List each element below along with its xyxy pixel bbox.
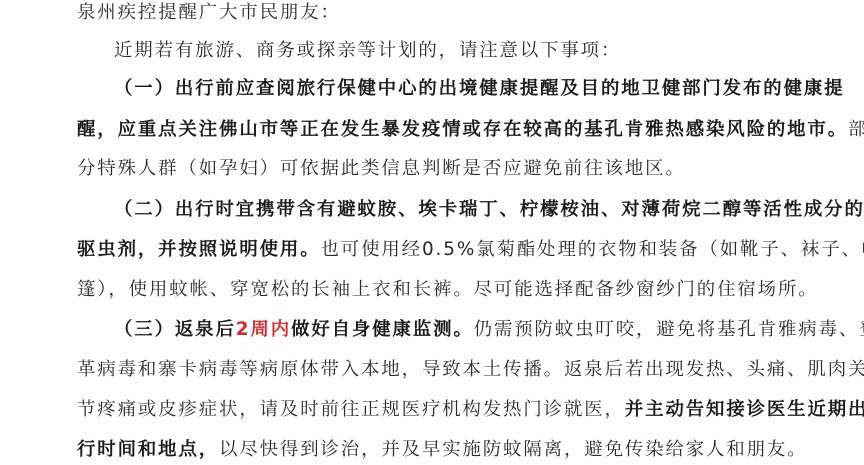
item3-line1: （三）返泉后2周内做好自身健康监测。仍需预防蚊虫叮咬，避免将基孔肯雅病毒、登 bbox=[114, 315, 864, 345]
item1-heading: （一）出行前应查阅旅行保健中心的出境健康提醒及目的地卫健部门发布的健康提 bbox=[114, 78, 844, 99]
item3-line2: 革病毒和寨卡病毒等病原体带入本地，导致本土传播。返泉后若出现发热、头痛、肌肉关 bbox=[77, 355, 837, 385]
item1-line3: 分特殊人群（如孕妇）可依据此类信息判断是否应避免前往该地区。 bbox=[77, 154, 837, 184]
item3-line4-normal: 以尽快得到诊治，并及早实施防蚊隔离，避免传染给家人和朋友。 bbox=[219, 439, 807, 460]
item1-bold-text: 醒，应重点关注佛山市等正在发生暴发疫情或存在较高的基孔肯雅热感染风险的地市。 bbox=[77, 119, 848, 140]
item3-heading-a: （三）返泉后 bbox=[114, 319, 236, 340]
notice-document: 泉州疾控提醒广大市民朋友： 近期若有旅游、商务或探亲等计划的，请注意以下事项： … bbox=[0, 0, 864, 465]
item3-line3-bold: 并主动告知接诊医生近期出 bbox=[625, 399, 864, 420]
greeting-text: 泉州疾控提醒广大市民朋友： bbox=[77, 2, 341, 23]
intro-text: 近期若有旅游、商务或探亲等计划的，请注意以下事项： bbox=[114, 40, 621, 61]
item3-line3: 节疼痛或皮疹症状，请及时前往正规医疗机构发热门诊就医，并主动告知接诊医生近期出 bbox=[77, 395, 837, 425]
item3-line4: 行时间和地点，以尽快得到诊治，并及早实施防蚊隔离，避免传染给家人和朋友。 bbox=[77, 435, 837, 465]
item1-tail-text: 分特殊人群（如孕妇）可依据此类信息判断是否应避免前往该地区。 bbox=[77, 158, 686, 179]
item1-normal-text: 部 bbox=[848, 119, 864, 140]
item2-bold-text: 驱虫剂，并按照说明使用。 bbox=[77, 239, 321, 260]
intro-line: 近期若有旅游、商务或探亲等计划的，请注意以下事项： bbox=[114, 36, 864, 66]
item1-line1: （一）出行前应查阅旅行保健中心的出境健康提醒及目的地卫健部门发布的健康提 bbox=[114, 74, 864, 104]
item3-line2-text: 革病毒和寨卡病毒等病原体带入本地，导致本土传播。返泉后若出现发热、头痛、肌肉关 bbox=[77, 359, 864, 380]
item3-line3-normal: 节疼痛或皮疹症状，请及时前往正规医疗机构发热门诊就医， bbox=[77, 399, 625, 420]
item3-highlight-red: 2周内 bbox=[236, 319, 291, 340]
item3-line4-bold: 行时间和地点， bbox=[77, 439, 219, 460]
item2-heading: （二）出行时宜携带含有避蚊胺、埃卡瑞丁、柠檬桉油、对薄荷烷二醇等活性成分的 bbox=[114, 199, 864, 220]
item2-tail-text: 篷），使用蚊帐、穿宽松的长袖上衣和长裤。尽可能选择配备纱窗纱门的住宿场所。 bbox=[77, 279, 819, 300]
item2-line3: 篷），使用蚊帐、穿宽松的长袖上衣和长裤。尽可能选择配备纱窗纱门的住宿场所。 bbox=[77, 275, 837, 305]
item3-heading-b: 做好自身健康监测。 bbox=[291, 319, 474, 340]
item1-line2: 醒，应重点关注佛山市等正在发生暴发疫情或存在较高的基孔肯雅热感染风险的地市。部 bbox=[77, 115, 837, 145]
item2-line2: 驱虫剂，并按照说明使用。也可使用经0.5%氯菊酯处理的衣物和装备（如靴子、袜子、… bbox=[77, 235, 837, 265]
item2-line1: （二）出行时宜携带含有避蚊胺、埃卡瑞丁、柠檬桉油、对薄荷烷二醇等活性成分的 bbox=[114, 195, 864, 225]
greeting-line: 泉州疾控提醒广大市民朋友： bbox=[77, 0, 837, 28]
item2-normal-text: 也可使用经0.5%氯菊酯处理的衣物和装备（如靴子、袜子、帐 bbox=[321, 239, 864, 260]
item3-normal-text: 仍需预防蚊虫叮咬，避免将基孔肯雅病毒、登 bbox=[474, 319, 864, 340]
